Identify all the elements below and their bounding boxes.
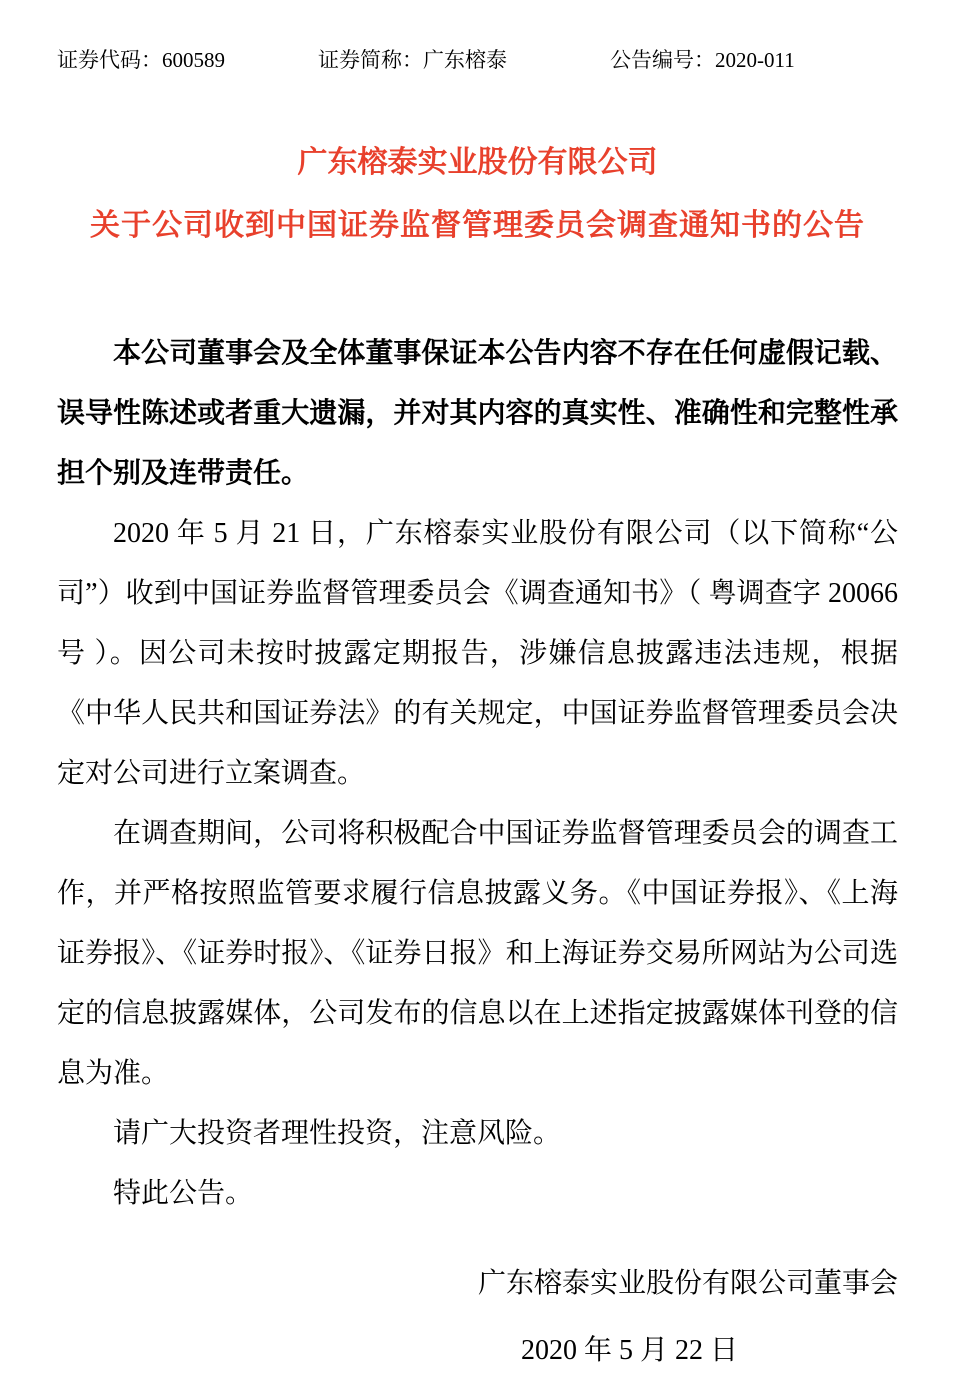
document-header: 证券代码：600589 证券简称：广东榕泰 公告编号：2020-011 [57, 47, 898, 73]
stock-short-name: 证券简称：广东榕泰 [318, 47, 507, 73]
announcement-document: 证券代码：600589 证券简称：广东榕泰 公告编号：2020-011 广东榕泰… [0, 0, 956, 1400]
board-statement-paragraph: 本公司董事会及全体董事保证本公告内容不存在任何虚假记载、误导性陈述或者重大遗漏，… [57, 324, 898, 504]
body-paragraph-closing: 特此公告。 [57, 1164, 898, 1224]
body-paragraph-disclosure-media: 在调查期间，公司将积极配合中国证券监督管理委员会的调查工作，并严格按照监管要求履… [57, 804, 898, 1104]
stock-code: 证券代码：600589 [57, 47, 225, 73]
announcement-subject-title: 关于公司收到中国证券监督管理委员会调查通知书的公告 [57, 208, 898, 244]
signature-date: 2020 年 5 月 22 日 [57, 1321, 898, 1381]
document-body: 本公司董事会及全体董事保证本公告内容不存在任何虚假记载、误导性陈述或者重大遗漏，… [57, 324, 898, 1224]
body-paragraph-investor-risk: 请广大投资者理性投资，注意风险。 [57, 1104, 898, 1164]
body-paragraph-investigation-notice: 2020 年 5 月 21 日，广东榕泰实业股份有限公司（以下简称“公司”）收到… [57, 504, 898, 804]
announcement-number: 公告编号：2020-011 [610, 47, 795, 73]
company-name-title: 广东榕泰实业股份有限公司 [57, 145, 898, 181]
signature-signer: 广东榕泰实业股份有限公司董事会 [57, 1254, 898, 1314]
